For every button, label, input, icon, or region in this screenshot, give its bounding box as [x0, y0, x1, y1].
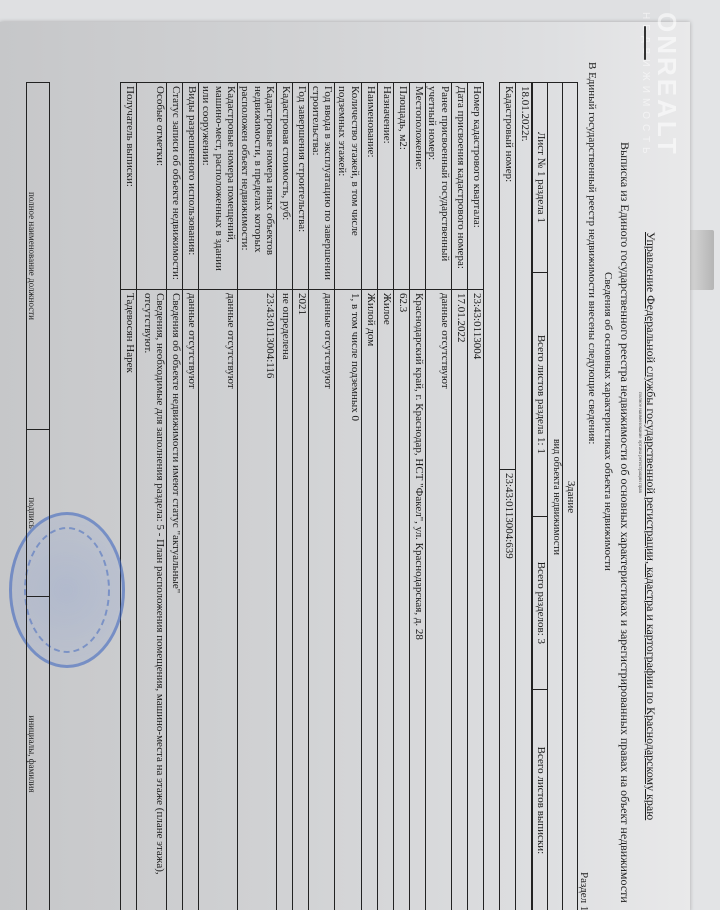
characteristics-table: Номер кадастрового квартала:23:43:011300…	[120, 82, 484, 910]
agency-name: Управление Федеральной службы государств…	[643, 232, 658, 832]
table-row: Получатель выписки:Тадевосян Нарек	[121, 83, 137, 910]
row-value: не определена	[277, 290, 293, 910]
row-value: Сведения об объекте недвижимости имеют с…	[167, 290, 183, 910]
row-label: Получатель выписки:	[121, 83, 137, 290]
table-row: Кадастровые номера помещений, машино-мес…	[199, 83, 238, 910]
row-label: Статус записи об объекте недвижимости:	[167, 83, 183, 290]
row-label: Ранее присвоенный государственный учетны…	[425, 83, 451, 290]
row-value: данные отсутствуют	[309, 290, 335, 910]
row-label: Кадастровые номера помещений, машино-мес…	[199, 83, 238, 290]
row-value: 62.3	[393, 290, 409, 910]
row-value: Жилое	[377, 290, 393, 910]
staple-mark	[644, 26, 646, 60]
table-row: Год ввода в эксплуатацию по завершении с…	[309, 83, 335, 910]
section-label: Раздел 1	[578, 872, 590, 910]
row-label: Год ввода в эксплуатацию по завершении с…	[309, 83, 335, 290]
initials-caption: инициалы, фамилия	[27, 597, 50, 910]
agency-caption: полное наименование органа регистрации п…	[637, 392, 642, 493]
row-label: Кадастровая стоимость, руб:	[277, 83, 293, 290]
watermark-brand: ONREALT	[652, 12, 682, 157]
table-row: Назначение:Жилое	[377, 83, 393, 910]
table-row: Наименование:Жилой дом	[361, 83, 377, 910]
table-row: Площадь, м2:62.3	[393, 83, 409, 910]
row-value: Сведения, необходимые для заполнения раз…	[137, 290, 167, 910]
cadastral-number-label: Кадастровый номер:	[500, 83, 516, 470]
row-label: Виды разрешенного использования:	[183, 83, 199, 290]
extract-date: 18.01.2022г.	[516, 83, 532, 910]
table-row: Особые отметки:Сведения, необходимые для…	[137, 83, 167, 910]
row-value: данные отсутствуют	[183, 290, 199, 910]
sheets-total: Всего листов выписки:	[533, 689, 548, 910]
extract-subtitle: Сведения об основных характеристиках объ…	[602, 272, 614, 571]
row-value: данные отсутствуют	[199, 290, 238, 910]
object-type-header: Здание вид объекта недвижимости Лист № 1…	[532, 82, 578, 910]
table-row: Виды разрешенного использования:данные о…	[183, 83, 199, 910]
extract-title: Выписка из Единого государственного реес…	[617, 142, 632, 903]
cadastral-number-value: 23:43:0113004:639	[500, 470, 516, 910]
row-label: Кадастровые номера иных объектов недвижи…	[238, 83, 277, 290]
table-row: Номер кадастрового квартала:23:43:011300…	[468, 83, 484, 910]
row-label: Количество этажей, в том числе подземных…	[335, 83, 361, 290]
table-row: Дата присвоения кадастрового номера:17.0…	[452, 83, 468, 910]
table-row: Местоположение:Краснодарский край, г. Кр…	[409, 83, 425, 910]
row-value: Краснодарский край, г. Краснодар, НСТ "Ф…	[409, 290, 425, 910]
row-label: Год завершения строительства:	[293, 83, 309, 290]
row-value: Жилой дом	[361, 290, 377, 910]
row-value: 2021	[293, 290, 309, 910]
row-value: 1, в том числе подземных 0	[335, 290, 361, 910]
row-label: Особые отметки:	[137, 83, 167, 290]
row-label: Площадь, м2:	[393, 83, 409, 290]
sections-total: Всего разделов: 3	[533, 516, 548, 689]
signature-block: полное наименование должности подпись ин…	[26, 82, 50, 910]
object-type: Здание	[563, 83, 578, 910]
sheets-in-section: Всего листов раздела 1: 1	[533, 272, 548, 516]
table-row: Кадастровые номера иных объектов недвижи…	[238, 83, 277, 910]
egrn-extract-document: ONREALT НЕДВИЖИМОСТЬ Управление Федераль…	[0, 22, 690, 910]
table-row: Ранее присвоенный государственный учетны…	[425, 83, 451, 910]
row-value: 23:43:0113004:116	[238, 290, 277, 910]
row-value: данные отсутствуют	[425, 290, 451, 910]
intro-text: В Единый государственный реестр недвижим…	[586, 62, 598, 444]
row-label: Наименование:	[361, 83, 377, 290]
signature-caption: подпись	[27, 430, 50, 597]
row-value: 23:43:0113004	[468, 290, 484, 910]
table-row: Количество этажей, в том числе подземных…	[335, 83, 361, 910]
row-label: Назначение:	[377, 83, 393, 290]
row-label: Местоположение:	[409, 83, 425, 290]
cadastral-header: 18.01.2022г. Кадастровый номер: 23:43:01…	[499, 82, 532, 910]
watermark-logo: ONREALT НЕДВИЖИМОСТЬ	[640, 12, 682, 159]
table-row: Год завершения строительства:2021	[293, 83, 309, 910]
object-type-caption: вид объекта недвижимости	[548, 83, 563, 910]
sheet-number: Лист № 1 раздела 1	[533, 83, 548, 273]
row-label: Номер кадастрового квартала:	[468, 83, 484, 290]
table-row: Статус записи об объекте недвижимости:Св…	[167, 83, 183, 910]
position-caption: полное наименование должности	[27, 83, 50, 430]
table-row: Кадастровая стоимость, руб:не определена	[277, 83, 293, 910]
row-value: 17.01.2022	[452, 290, 468, 910]
row-label: Дата присвоения кадастрового номера:	[452, 83, 468, 290]
